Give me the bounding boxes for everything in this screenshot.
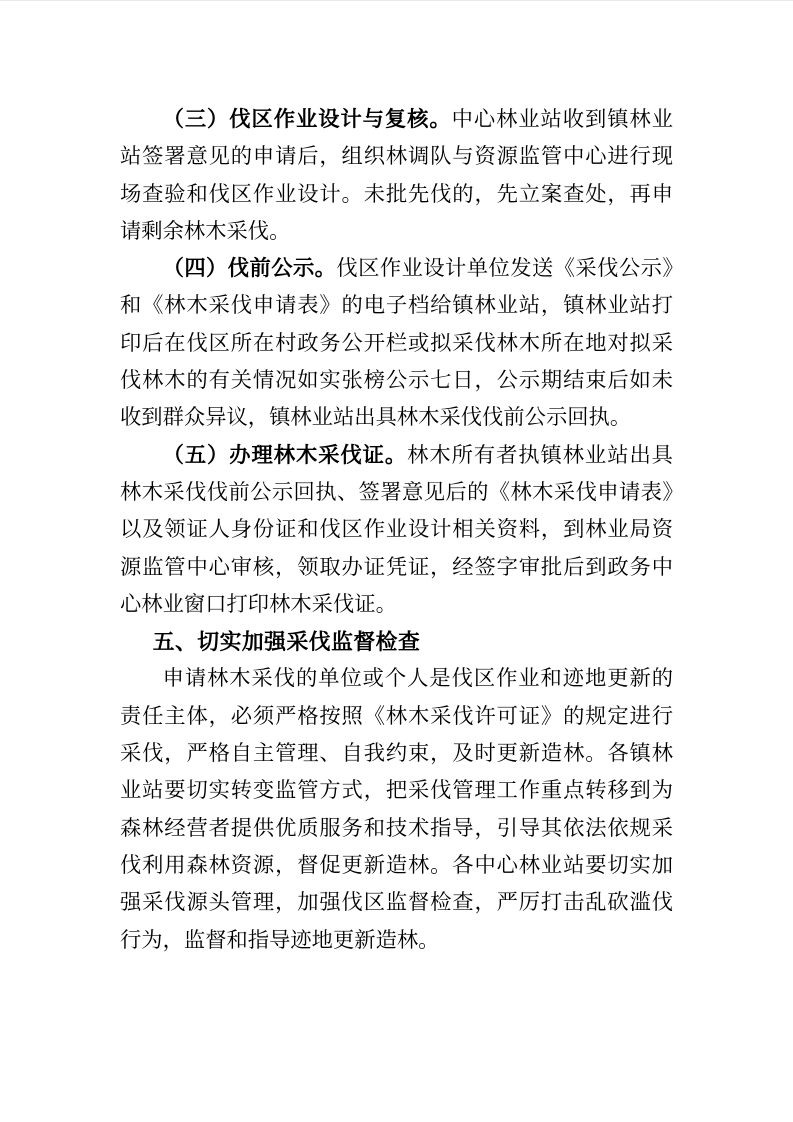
document-page: （三）伐区作业设计与复核。中心林业站收到镇林业站签署意见的申请后，组织林调队与资… [0, 0, 793, 1122]
paragraph-section-4-lead: （四）伐前公示。 [163, 256, 337, 280]
paragraph-section-4-text: 伐区作业设计单位发送《采伐公示》和《林木采伐申请表》的电子档给镇林业站，镇林业站… [120, 256, 673, 429]
paragraph-section-4: （四）伐前公示。伐区作业设计单位发送《采伐公示》和《林木采伐申请表》的电子档给镇… [120, 250, 673, 436]
paragraph-section-3: （三）伐区作业设计与复核。中心林业站收到镇林业站签署意见的申请后，组织林调队与资… [120, 101, 673, 250]
closing-paragraph: 申请林木采伐的单位或个人是伐区作业和迹地更新的责任主体，必须严格按照《林木采伐许… [120, 660, 673, 958]
page-top-edge [0, 0, 793, 1]
section-heading: 五、切实加强采伐监督检查 [120, 623, 673, 660]
document-body: （三）伐区作业设计与复核。中心林业站收到镇林业站签署意见的申请后，组织林调队与资… [120, 101, 673, 959]
paragraph-section-5-lead: （五）办理林木采伐证。 [163, 443, 408, 467]
paragraph-section-3-lead: （三）伐区作业设计与复核。 [163, 107, 452, 131]
paragraph-section-5-text: 林木所有者执镇林业站出具林木采伐伐前公示回执、签署意见后的《林木采伐申请表》以及… [120, 443, 673, 616]
paragraph-section-5: （五）办理林木采伐证。林木所有者执镇林业站出具林木采伐伐前公示回执、签署意见后的… [120, 437, 673, 623]
